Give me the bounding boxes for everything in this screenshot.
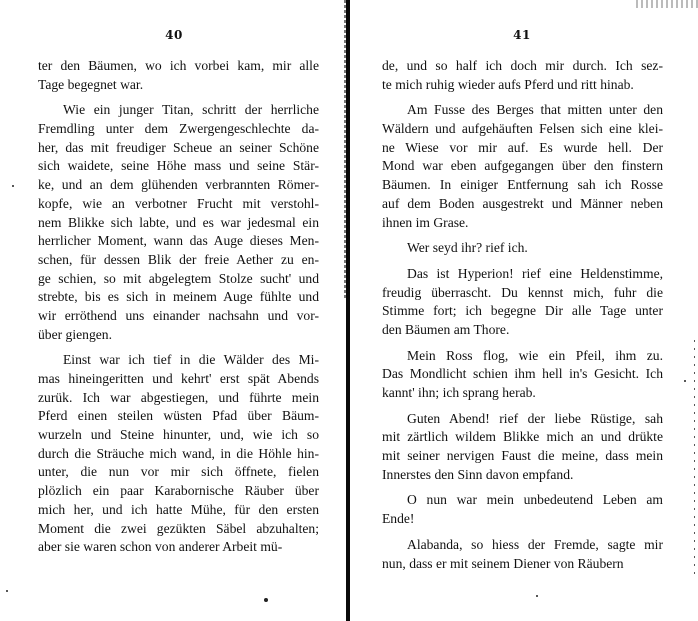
paragraph: Einst war ich tief in die Wälder des Mi-… [38,351,319,557]
scan-speck [6,590,8,592]
paragraph-gap [382,403,663,410]
text-line: Stimme fort; ich begegne Dir alle Tage u… [382,302,663,321]
paragraph: Wer seyd ihr? rief ich. [382,239,663,258]
paragraph: Alabanda, so hiess der Fremde, sagte mir… [382,536,663,573]
paragraph: Das ist Hyperion! rief eine Heldenstimme… [382,265,663,340]
page-number-left: 40 [154,28,194,42]
text-line: kopfe, wie an verbotner Frucht mit verst… [38,195,319,214]
text-line: nem Blikke sich labte, und es war jedesm… [38,214,319,233]
text-line: aber sie waren schon von anderer Arbeit … [38,538,319,557]
text-line: ne Wiese vor mir auf. Es wurde hell. Der [382,139,663,158]
paragraph-gap [38,94,319,101]
paragraph: Am Fusse des Berges that mitten unter de… [382,101,663,232]
scan-speck [264,598,268,602]
paragraph: de, und so half ich doch mir durch. Ich … [382,57,663,94]
text-line: ke, und an dem glühenden verbrannten Röm… [38,176,319,195]
paragraph-gap [382,94,663,101]
text-line: zurük. Ich war abgestiegen, und führte m… [38,389,319,408]
text-line: kannt' ihn; ich sprang herab. [382,384,663,403]
text-line: Das ist Hyperion! rief eine Heldenstimme… [382,265,663,284]
text-line: Tage begegnet war. [38,76,319,95]
paragraph: ter den Bäumen, wo ich vorbei kam, mir a… [38,57,319,94]
paragraph: Wie ein junger Titan, schritt der herrli… [38,101,319,344]
text-line: O nun war mein unbedeutend Leben am [382,491,663,510]
text-line: Wäldern und aufgehäuften Felsen sich ein… [382,120,663,139]
text-line: mich her, und ich hatte Mühe, für den er… [38,501,319,520]
page-edge-artifact [694,340,695,580]
text-line: nun, dass er mit seinem Diener von Räube… [382,555,663,574]
paragraph-gap [382,484,663,491]
text-line: Fremdling unter dem Zwergengeschlechte d… [38,120,319,139]
text-line: Wer seyd ihr? rief ich. [382,239,663,258]
paragraph: O nun war mein unbedeutend Leben amEnde! [382,491,663,528]
text-line: Einst war ich tief in die Wälder des Mi- [38,351,319,370]
text-line: sich waidete, seine Höhe mass und seine … [38,157,319,176]
text-line: Am Fusse des Berges that mitten unter de… [382,101,663,120]
text-line: Bäumen. In einiger Entfernung sah ich Ro… [382,176,663,195]
text-line: mit seiner nervigen Faust die meine, das… [382,447,663,466]
paragraph: Mein Ross flog, wie ein Pfeil, ihm zu.Da… [382,347,663,403]
text-line: auf dem Boden ausgestrekt und Männer neb… [382,195,663,214]
text-line: ihnen im Grase. [382,214,663,233]
text-line: te mich ruhig wieder aufs Pferd und ritt… [382,76,663,95]
text-line: durch die Sträuche mich wand, in die Höh… [38,445,319,464]
text-line: Ende! [382,510,663,529]
text-line: de, und so half ich doch mir durch. Ich … [382,57,663,76]
scan-speck [12,185,14,187]
text-line: schen, für dessen Blik der freie Aether … [38,251,319,270]
text-line: Innerstes den Sinn davon empfand. [382,466,663,485]
text-line: ge schien, so mit abgelegtem Stolze such… [38,270,319,289]
text-line: strebte, bis es sich in meinem Auge fühl… [38,288,319,307]
scan-speck [684,380,686,382]
text-line: Das Mondlicht schien ihm hell in's Gesic… [382,365,663,384]
text-line: wir erröthend uns einander nachsahn und … [38,307,319,326]
text-line: Moment die zwei gezükten Säbel abzuhalte… [38,520,319,539]
text-line: freudig überrascht. Du kennst mich, fuhr… [382,284,663,303]
text-line: ter den Bäumen, wo ich vorbei kam, mir a… [38,57,319,76]
paragraph-gap [38,344,319,351]
text-line: über giengen. [38,326,319,345]
text-line: Alabanda, so hiess der Fremde, sagte mir [382,536,663,555]
text-line: Wie ein junger Titan, schritt der herrli… [38,101,319,120]
page-number-right: 41 [502,28,542,42]
scan-speck [536,595,538,597]
text-line: Pferd einen steilen wüsten Pfad über Bäu… [38,407,319,426]
left-page: 40 ter den Bäumen, wo ich vorbei kam, mi… [0,0,340,621]
text-line: wurzeln und Steine hinunter, und, wie ic… [38,426,319,445]
paragraph-gap [382,340,663,347]
text-line: mas hineingeritten und kehrt' erst spät … [38,370,319,389]
right-page-text: de, und so half ich doch mir durch. Ich … [382,57,663,573]
text-line: mit zärtlich wildem Blikke mich an und d… [382,428,663,447]
scan-corner-artifact [636,0,698,8]
text-line: her, das mit freudiger Scheue an seiner … [38,139,319,158]
text-line: Guten Abend! rief der liebe Rüstige, sah [382,410,663,429]
right-page: 41 de, und so half ich doch mir durch. I… [340,0,698,621]
text-line: Mond war eben aufgegangen über den finst… [382,157,663,176]
text-line: Mein Ross flog, wie ein Pfeil, ihm zu. [382,347,663,366]
text-line: plözlich ein paar Karabornische Räuber ü… [38,482,319,501]
text-line: herrlicher Moment, wann das Auge dieses … [38,232,319,251]
paragraph: Guten Abend! rief der liebe Rüstige, sah… [382,410,663,485]
paragraph-gap [382,529,663,536]
text-line: den Bäumen am Thore. [382,321,663,340]
left-page-text: ter den Bäumen, wo ich vorbei kam, mir a… [38,57,319,557]
paragraph-gap [382,258,663,265]
text-line: unter, die nun vor mir sich öffnete, fie… [38,463,319,482]
paragraph-gap [382,232,663,239]
